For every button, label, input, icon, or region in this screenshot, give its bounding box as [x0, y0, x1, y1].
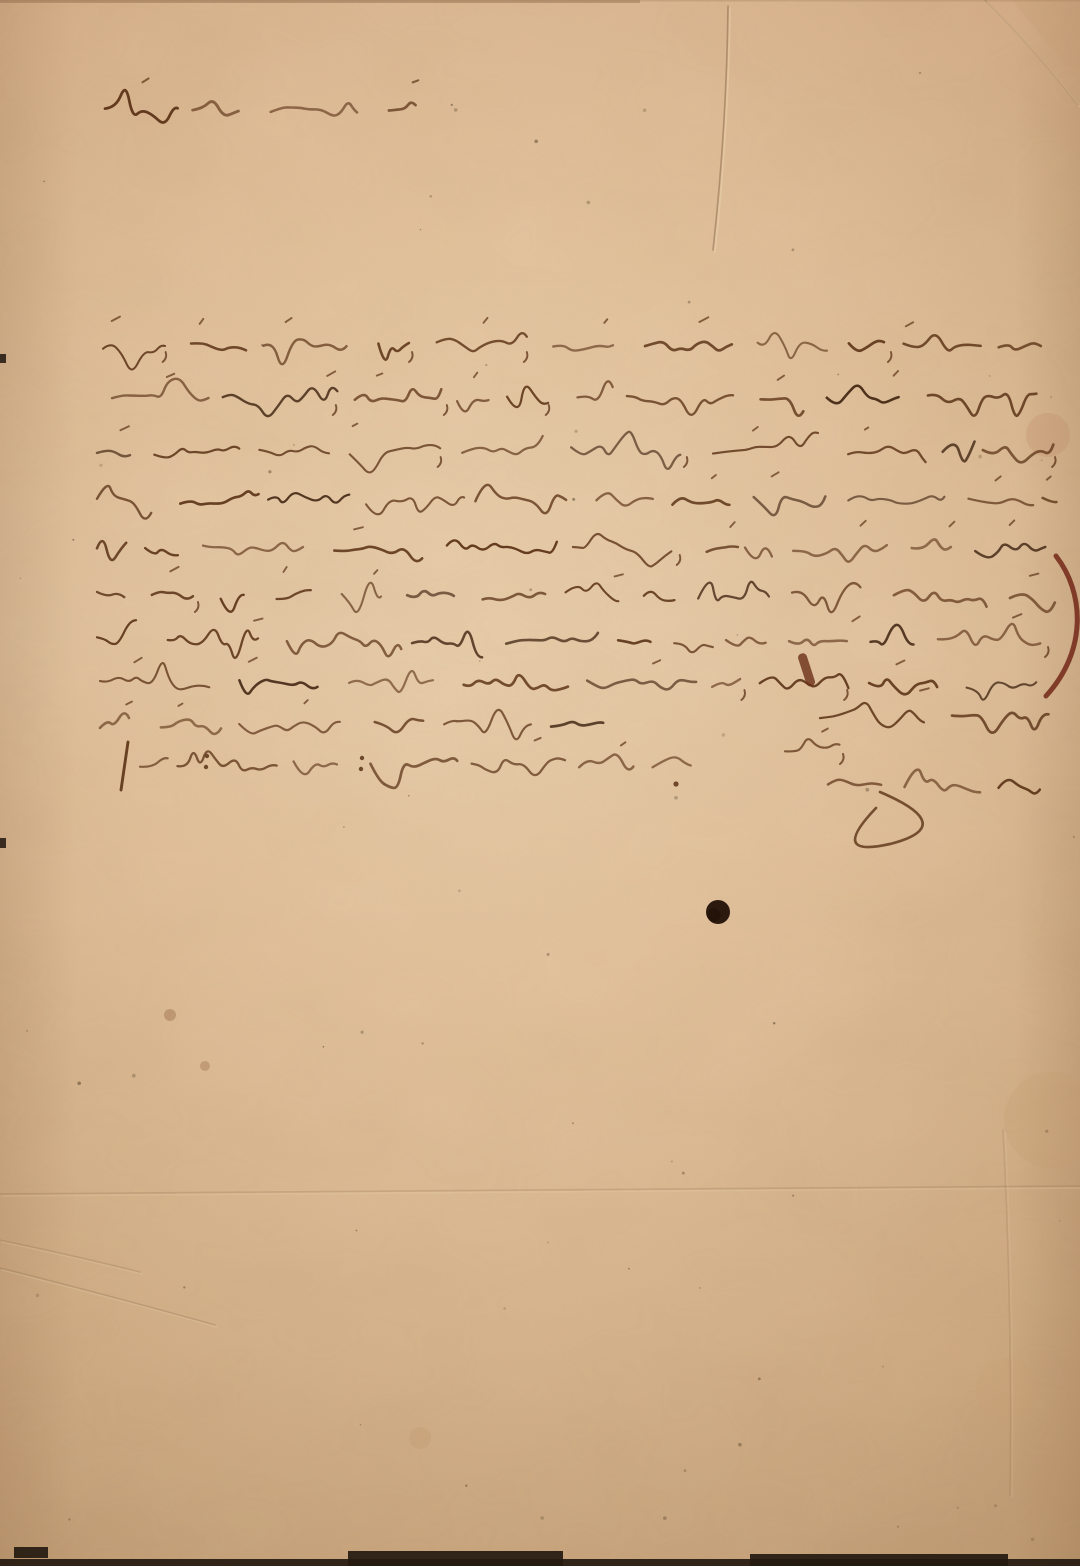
scan-canvas — [0, 0, 1080, 1566]
paper-grain-texture — [0, 0, 1080, 1566]
manuscript-scan — [0, 0, 1080, 1566]
